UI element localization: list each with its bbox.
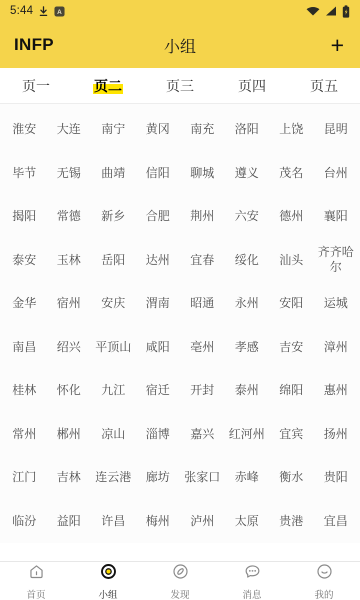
nav-item-home[interactable]: 首页 [0,562,72,600]
city-item[interactable]: 德州 [269,195,314,239]
nav-item-group[interactable]: 小组 [72,562,144,600]
city-item[interactable]: 大连 [47,108,92,152]
city-item[interactable]: 淮安 [2,108,47,152]
profile-icon [315,562,334,586]
city-item[interactable]: 梅州 [136,500,181,544]
city-item[interactable]: 岳阳 [91,239,136,283]
city-item[interactable]: 泸州 [180,500,225,544]
city-item[interactable]: 揭阳 [2,195,47,239]
city-item[interactable]: 红河州 [225,413,270,457]
header-left-title: INFP [14,35,54,55]
city-item[interactable]: 昭通 [180,282,225,326]
city-item[interactable]: 九江 [91,369,136,413]
nav-label: 首页 [26,587,45,600]
city-item[interactable]: 吉安 [269,326,314,370]
city-item[interactable]: 张家口 [180,456,225,500]
city-item[interactable]: 贵阳 [314,456,359,500]
tab-label: 页一 [22,78,50,94]
tab-page-4[interactable]: 页四 [216,76,288,96]
city-item[interactable]: 亳州 [180,326,225,370]
city-item[interactable]: 昆明 [314,108,359,152]
status-time: 5:44 [10,5,33,17]
city-item[interactable]: 曲靖 [91,152,136,196]
city-item[interactable]: 许昌 [91,500,136,544]
tab-label: 页三 [166,78,194,94]
city-item[interactable]: 惠州 [314,369,359,413]
tab-page-5[interactable]: 页五 [288,76,360,96]
city-item[interactable]: 台州 [314,152,359,196]
city-item[interactable]: 常德 [47,195,92,239]
city-item[interactable]: 金华 [2,282,47,326]
city-item[interactable]: 玉林 [47,239,92,283]
city-item[interactable]: 荆州 [180,195,225,239]
download-icon [38,6,49,17]
tab-label: 页二 [93,78,123,94]
nav-label: 小组 [98,587,117,600]
city-grid: 淮安大连南宁黄冈南充洛阳上饶昆明毕节无锡曲靖信阳聊城遵义茂名台州揭阳常德新乡合肥… [0,104,360,543]
city-item[interactable]: 桂林 [2,369,47,413]
signal-icon [325,6,337,16]
city-item[interactable]: 淄博 [136,413,181,457]
group-icon [99,562,118,586]
city-item[interactable]: 渭南 [136,282,181,326]
city-item[interactable]: 聊城 [180,152,225,196]
tab-label: 页五 [310,78,338,94]
nav-label: 消息 [242,587,261,600]
city-item[interactable]: 扬州 [314,413,359,457]
city-item[interactable]: 信阳 [136,152,181,196]
city-item[interactable]: 襄阳 [314,195,359,239]
city-item[interactable]: 怀化 [47,369,92,413]
city-item[interactable]: 漳州 [314,326,359,370]
tab-page-2[interactable]: 页二 [72,76,144,96]
city-item[interactable]: 咸阳 [136,326,181,370]
city-item[interactable]: 绍兴 [47,326,92,370]
city-item[interactable]: 嘉兴 [180,413,225,457]
city-item[interactable]: 连云港 [91,456,136,500]
city-item[interactable]: 郴州 [47,413,92,457]
status-bar: 5:44 A [0,0,360,22]
city-item[interactable]: 江门 [2,456,47,500]
city-item[interactable]: 齐齐哈尔 [314,239,359,283]
compass-icon [171,562,190,586]
city-item[interactable]: 安庆 [91,282,136,326]
nav-item-messages[interactable]: 消息 [216,562,288,600]
city-item[interactable]: 太原 [225,500,270,544]
city-item[interactable]: 新乡 [91,195,136,239]
city-item[interactable]: 宜宾 [269,413,314,457]
tab-page-1[interactable]: 页一 [0,76,72,96]
tab-bar: 页一 页二 页三 页四 页五 [0,68,360,104]
city-item[interactable]: 孝感 [225,326,270,370]
city-item[interactable]: 汕头 [269,239,314,283]
city-item[interactable]: 平顶山 [91,326,136,370]
city-item[interactable]: 开封 [180,369,225,413]
app-notification-icon: A [54,6,65,17]
city-item[interactable]: 上饶 [269,108,314,152]
page-title: 小组 [0,34,360,57]
city-item[interactable]: 常州 [2,413,47,457]
svg-text:A: A [57,8,62,15]
city-item[interactable]: 洛阳 [225,108,270,152]
city-item[interactable]: 宜春 [180,239,225,283]
nav-label: 发现 [170,587,189,600]
city-item[interactable]: 宿州 [47,282,92,326]
city-item[interactable]: 凉山 [91,413,136,457]
city-item[interactable]: 毕节 [2,152,47,196]
city-item[interactable]: 绥化 [225,239,270,283]
city-item[interactable]: 贵港 [269,500,314,544]
city-item[interactable]: 遵义 [225,152,270,196]
city-item[interactable]: 合肥 [136,195,181,239]
city-item[interactable]: 泰州 [225,369,270,413]
tab-label: 页四 [238,78,266,94]
city-item[interactable]: 无锡 [47,152,92,196]
city-item[interactable]: 泰安 [2,239,47,283]
app-header: INFP 小组 + [0,22,360,68]
wifi-icon [306,6,320,16]
city-item[interactable]: 达州 [136,239,181,283]
city-item[interactable]: 吉林 [47,456,92,500]
city-item[interactable]: 运城 [314,282,359,326]
city-item[interactable]: 衡水 [269,456,314,500]
city-item[interactable]: 益阳 [47,500,92,544]
message-icon [243,562,262,586]
battery-charging-icon [342,5,350,18]
city-item[interactable]: 六安 [225,195,270,239]
tab-page-3[interactable]: 页三 [144,76,216,96]
city-item[interactable]: 廊坊 [136,456,181,500]
city-item[interactable]: 绵阳 [269,369,314,413]
city-item[interactable]: 南宁 [91,108,136,152]
bottom-nav: 首页 小组 发现 消息 我的 [0,561,360,600]
city-item[interactable]: 南充 [180,108,225,152]
add-button[interactable]: + [329,34,346,57]
city-item[interactable]: 黄冈 [136,108,181,152]
nav-item-profile[interactable]: 我的 [288,562,360,600]
city-item[interactable]: 宜昌 [314,500,359,544]
nav-label: 我的 [314,587,333,600]
city-item[interactable]: 临汾 [2,500,47,544]
nav-item-discover[interactable]: 发现 [144,562,216,600]
city-item[interactable]: 宿迁 [136,369,181,413]
city-item[interactable]: 赤峰 [225,456,270,500]
city-item[interactable]: 永州 [225,282,270,326]
home-icon [27,562,46,586]
city-item[interactable]: 茂名 [269,152,314,196]
city-item[interactable]: 南昌 [2,326,47,370]
city-item[interactable]: 安阳 [269,282,314,326]
